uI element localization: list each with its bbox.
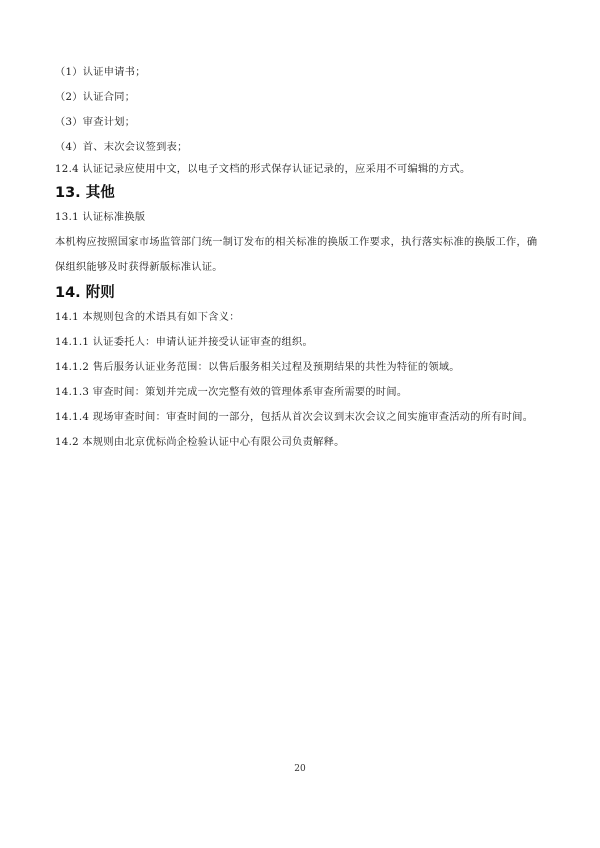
subsection-13-1: 13.1 认证标准换版 — [55, 211, 560, 225]
list-item: （4）首、末次会议签到表； — [55, 141, 560, 155]
list-item: （1）认证申请书； — [55, 66, 560, 80]
clause-14-1-1: 14.1.1 认证委托人：申请认证并接受认证审查的组织。 — [55, 336, 560, 350]
page-number: 20 — [0, 764, 600, 774]
clause-14-1-4: 14.1.4 现场审查时间：审查时间的一部分，包括从首次会议到末次会议之间实施审… — [55, 411, 560, 425]
clause-14-1-2: 14.1.2 售后服务认证业务范围：以售后服务相关过程及预期结果的共性为特征的领… — [55, 361, 560, 375]
clause-14-1-3: 14.1.3 审查时间：策划并完成一次完整有效的管理体系审查所需要的时间。 — [55, 386, 560, 400]
section-heading-14: 14. 附则 — [55, 284, 115, 302]
paragraph-line: 本机构应按照国家市场监管部门统一制订发布的相关标准的换版工作要求，执行落实标准的… — [55, 236, 560, 250]
clause-14-2: 14.2 本规则由北京优标尚企检验认证中心有限公司负责解释。 — [55, 436, 560, 450]
clause-12-4: 12.4 认证记录应使用中文，以电子文档的形式保存认证记录的，应采用不可编辑的方… — [55, 163, 560, 177]
list-item: （3）审查计划； — [55, 116, 560, 130]
section-heading-13: 13. 其他 — [55, 184, 115, 202]
clause-14-1: 14.1 本规则包含的术语具有如下含义： — [55, 311, 560, 325]
list-item: （2）认证合同； — [55, 91, 560, 105]
document-page: （1）认证申请书； （2）认证合同； （3）审查计划； （4）首、末次会议签到表… — [0, 0, 600, 848]
paragraph-line: 保组织能够及时获得新版标准认证。 — [55, 261, 560, 275]
